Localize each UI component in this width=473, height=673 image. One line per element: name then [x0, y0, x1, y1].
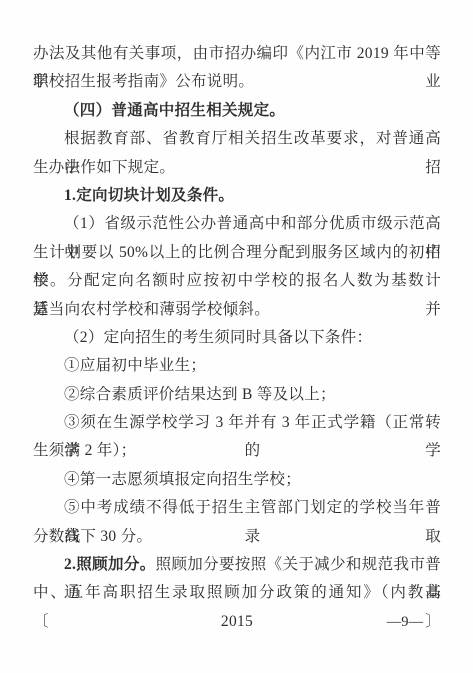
- bold-text-segment: （四）普通高中招生相关规定。: [64, 102, 285, 119]
- text-segment: ④第一志愿须填报定向招生学校；: [64, 471, 301, 488]
- text-line: ①应届初中毕业生；: [33, 352, 441, 380]
- text-segment: （2）定向招生的考生须同时具备以下条件：: [64, 329, 372, 346]
- text-segment: ①应届初中毕业生；: [64, 357, 206, 374]
- text-line: 2.照顾加分。照顾加分要按照《关于减少和规范我市普通高: [33, 551, 441, 579]
- page-number: —9—: [387, 612, 423, 632]
- text-segment: 适当向农村学校和薄弱学校倾斜。: [33, 301, 270, 318]
- text-line: （四）普通高中招生相关规定。: [33, 97, 441, 125]
- text-segment: 生须满 2 年）；: [33, 442, 136, 459]
- text-line: 办法及其他有关事项，由市招办编印《内江市 2019 年中等职业: [33, 40, 441, 68]
- text-segment: 中、五年高职招生录取照顾加分政策的通知》（内教基〔2015〕: [33, 584, 441, 629]
- text-segment: 学校招生报考指南》公布说明。: [33, 73, 254, 90]
- text-line: 1.定向切块计划及条件。: [33, 182, 441, 210]
- text-line: 校。分配定向名额时应按初中学校的报名人数为基数计算，并: [33, 267, 441, 295]
- text-segment: ②综合素质评价结果达到 B 等及以上；: [64, 386, 336, 403]
- text-line: ④第一志愿须填报定向招生学校；: [33, 466, 441, 494]
- text-line: 中、五年高职招生录取照顾加分政策的通知》（内教基〔2015〕: [33, 579, 441, 607]
- text-line: ③须在生源学校学习 3 年并有 3 年正式学籍（正常转学的学: [33, 409, 441, 437]
- document-body: 办法及其他有关事项，由市招办编印《内江市 2019 年中等职业学校招生报考指南》…: [33, 40, 441, 608]
- document-page: 办法及其他有关事项，由市招办编印《内江市 2019 年中等职业学校招生报考指南》…: [0, 0, 473, 673]
- text-line: ⑤中考成绩不得低于招生主管部门划定的学校当年普高录取: [33, 494, 441, 522]
- text-line: （1）省级示范性公办普通高中和部分优质市级示范高中招: [33, 210, 441, 238]
- text-line: （2）定向招生的考生须同时具备以下条件：: [33, 324, 441, 352]
- text-line: 根据教育部、省教育厅相关招生改革要求，对普通高中招: [33, 125, 441, 153]
- text-line: ②综合素质评价结果达到 B 等及以上；: [33, 381, 441, 409]
- bold-text-segment: 1.定向切块计划及条件。: [64, 187, 234, 204]
- text-line: 生计划要以 50%以上的比例合理分配到服务区域内的初中学: [33, 239, 441, 267]
- text-segment: 生办法作如下规定。: [33, 159, 175, 176]
- text-segment: 分数线下 30 分。: [33, 528, 152, 545]
- bold-text-segment: 2.照顾加分。: [64, 556, 156, 573]
